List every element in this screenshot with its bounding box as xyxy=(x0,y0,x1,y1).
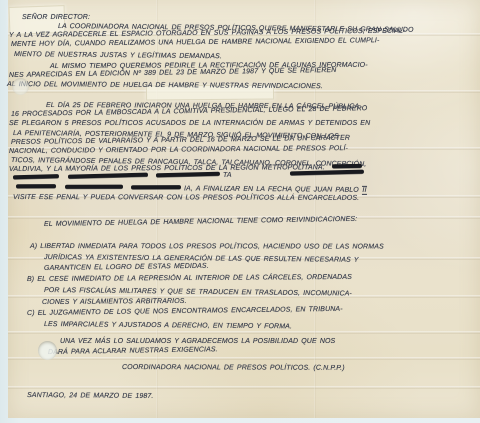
letter-text: SE PLEGARON 5 PRESOS POLÍTICOS ACUSADOS … xyxy=(9,120,370,127)
letter-text: CIONES Y AISLAMIENTOS ARBITRARIOS. xyxy=(42,297,187,305)
letter-text: EL MOVIMIENTO DE HUELGA DE HAMBRE NACION… xyxy=(44,215,357,227)
hole-punch xyxy=(12,78,29,95)
letter-text: SEÑOR DIRECTOR: xyxy=(22,14,90,21)
letter-text: C) EL JUZGAMIENTO DE LOS QUE NOS ENCONTR… xyxy=(27,305,343,316)
redacted-text xyxy=(16,185,56,189)
letter-text: AL INICIO DEL MOVIMIENTO DE HUELGA DE HA… xyxy=(7,81,323,90)
letter-text: B) EL CESE INMEDIATO DE LA REPRESIÓN AL … xyxy=(27,274,352,283)
redacted-text xyxy=(290,170,364,176)
letter-line: SE PLEGARON 5 PRESOS POLÍTICOS ACUSADOS … xyxy=(9,119,474,128)
letter-body: SEÑOR DIRECTOR:LA COORDINADORA NACIONAL … xyxy=(0,0,480,423)
letter-line: B) EL CESE INMEDIATO DE LA REPRESIÓN AL … xyxy=(27,272,474,284)
letter-line: VISITE ESE PENAL Y PUEDA CONVERSAR CON L… xyxy=(13,193,474,203)
letter-text: MENTE HOY DÍA, CUANDO REALIZAMOS UNA HUE… xyxy=(11,38,379,49)
letter-text: LES IMPARCIALES Y AJUSTADOS A DERECHO, E… xyxy=(44,321,292,330)
letter-line: EL MOVIMIENTO DE HUELGA DE HAMBRE NACION… xyxy=(44,213,474,229)
letter-text: MIENTO DE NUESTRAS JUSTAS Y LEGÍTIMAS DE… xyxy=(14,51,222,60)
letter-line: A) LIBERTAD INMEDIATA PARA TODOS LOS PRE… xyxy=(30,242,474,252)
redacted-text xyxy=(156,172,220,178)
hole-punch xyxy=(38,341,57,360)
letter-text: DARÁ PARA ACLARAR NUESTRAS EXIGENCIAS. xyxy=(48,346,218,356)
scanned-letter-screenshot: { "document": { "kind": "handwritten-let… xyxy=(0,0,480,423)
letter-text: SANTIAGO, 24 DE MARZO DE 1987. xyxy=(27,392,154,400)
letter-line: AL INICIO DEL MOVIMIENTO DE HUELGA DE HA… xyxy=(7,80,474,92)
letter-line: SEÑOR DIRECTOR: xyxy=(22,12,474,22)
redacted-text xyxy=(65,185,123,189)
redacted-text xyxy=(13,174,59,179)
letter-line: SANTIAGO, 24 DE MARZO DE 1987. xyxy=(27,391,474,403)
redacted-text xyxy=(332,164,362,168)
letter-text: COORDINADORA NACIONAL DE PRESOS POLÍTICO… xyxy=(122,364,345,372)
letter-line: COORDINADORA NACIONAL DE PRESOS POLÍTICO… xyxy=(122,363,474,373)
letter-text: A) LIBERTAD INMEDIATA PARA TODOS LOS PRE… xyxy=(30,243,384,251)
letter-text: VISITE ESE PENAL Y PUEDA CONVERSAR CON L… xyxy=(13,194,359,202)
redacted-text xyxy=(131,185,181,189)
letter-text: GARANTICEN EL LOGRO DE ESTAS MEDIDAS. xyxy=(44,263,209,272)
letter-line: LES IMPARCIALES Y AJUSTADOS A DERECHO, E… xyxy=(44,320,474,333)
redacted-text xyxy=(68,173,148,179)
letter-text: TA xyxy=(223,172,232,179)
letter-text: NACIONAL, CONDUCIDO Y ORIENTADO POR LA C… xyxy=(9,145,348,155)
